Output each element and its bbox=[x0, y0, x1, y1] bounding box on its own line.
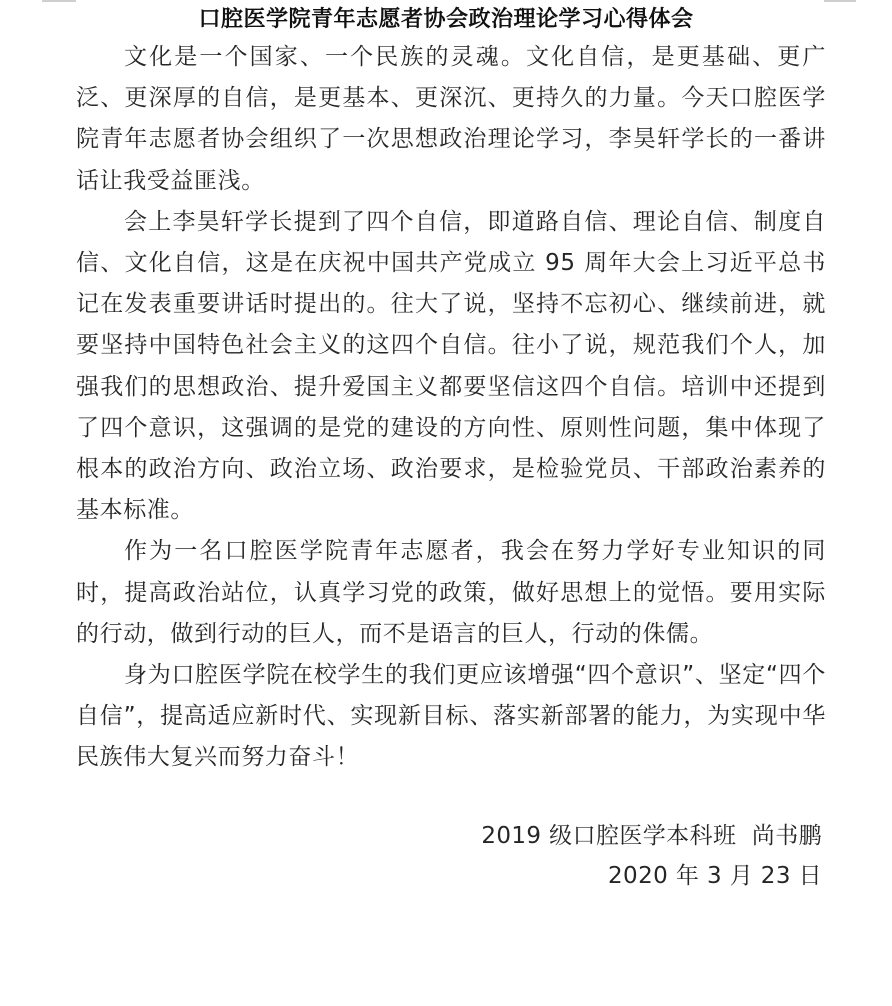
document-title: 口腔医学院青年志愿者协会政治理论学习心得体会 bbox=[76, 0, 816, 37]
paragraph-culture-confidence: 文化是一个国家、一个民族的灵魂。文化自信，是更基础、更广泛、更深厚的自信，是更基… bbox=[76, 37, 826, 202]
signature-date: 2020 年 3 月 23 日 bbox=[608, 858, 822, 894]
document-body: 口腔医学院青年志愿者协会政治理论学习心得体会 文化是一个国家、一个民族的灵魂。文… bbox=[76, 0, 826, 779]
paragraph-volunteer-commitment: 作为一名口腔医学院青年志愿者，我会在努力学好专业知识的同时，提高政治站位，认真学… bbox=[76, 531, 826, 655]
top-left-edge-mark bbox=[42, 0, 76, 2]
top-right-edge-mark bbox=[824, 0, 856, 2]
signature-author: 2019 级口腔医学本科班 尚书鹏 bbox=[481, 818, 822, 854]
paragraph-conclusion: 身为口腔医学院在校学生的我们更应该增强“四个意识”、坚定“四个自信”，提高适应新… bbox=[76, 655, 826, 779]
paragraph-four-confidences: 会上李昊轩学长提到了四个自信，即道路自信、理论自信、制度自信、文化自信，这是在庆… bbox=[76, 202, 826, 532]
